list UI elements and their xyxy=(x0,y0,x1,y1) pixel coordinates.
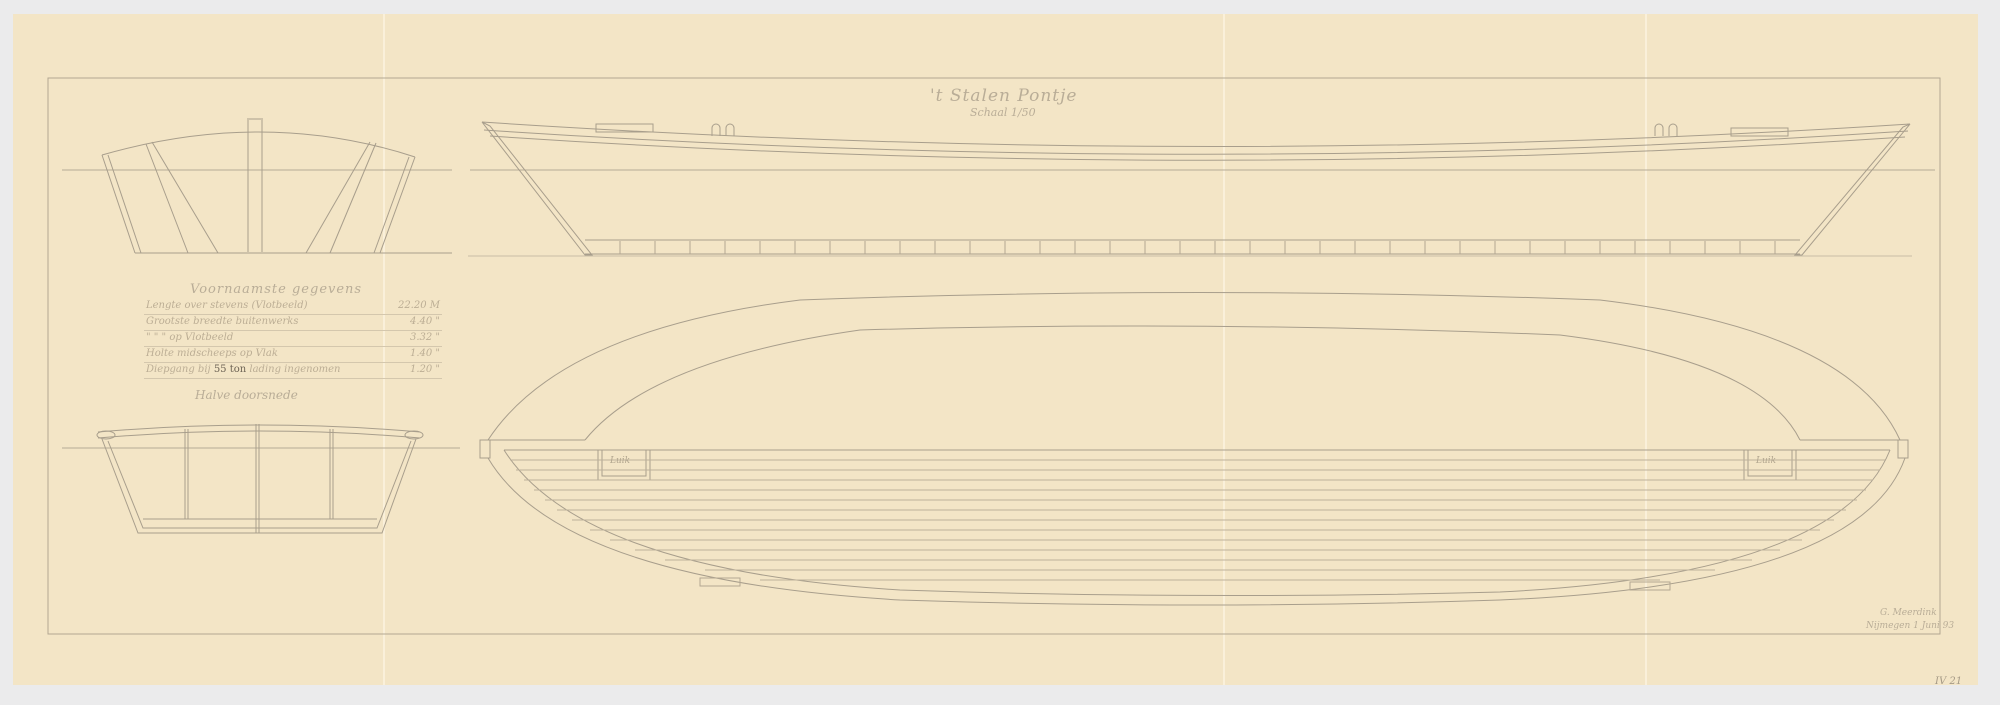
signature-name: G. Meerdink xyxy=(1880,608,1937,618)
spec-value: 4.40 " xyxy=(410,316,440,327)
spec-row: " " " op Vlotbeeld 3.32 " xyxy=(144,330,442,347)
spec-label: Holte midscheeps op Vlak xyxy=(146,348,278,359)
deck-planking xyxy=(510,460,1885,580)
tonnage-value: 55 ton xyxy=(214,364,246,375)
spec-value: 1.40 " xyxy=(410,348,440,359)
spec-label-text: lading ingenomen xyxy=(249,364,340,375)
drawing-scale: Schaal 1/50 xyxy=(970,106,1036,119)
plan-view xyxy=(480,293,1908,606)
spec-label-text: Diepgang bij xyxy=(146,364,211,375)
spec-label: Lengte over stevens (Vlotbeeld) xyxy=(146,300,308,311)
spec-label: Grootste breedte buitenwerks xyxy=(146,316,298,327)
signature-place-date: Nijmegen 1 Juni 93 xyxy=(1866,621,1954,631)
end-view xyxy=(62,119,452,253)
midship-section xyxy=(62,424,460,533)
specs-heading: Voornaamste gegevens xyxy=(190,282,362,297)
section-heading: Halve doorsnede xyxy=(195,388,298,402)
hatch-label: Luik xyxy=(1756,456,1776,466)
spec-label: Diepgang bij 55 ton lading ingenomen xyxy=(146,364,340,375)
profile-view xyxy=(468,122,1935,256)
spec-row: Lengte over stevens (Vlotbeeld) 22.20 M xyxy=(144,298,442,315)
hatch-label: Luik xyxy=(610,456,630,466)
spec-row: Diepgang bij 55 ton lading ingenomen 1.2… xyxy=(144,362,442,379)
spec-value: 22.20 M xyxy=(398,300,440,311)
archive-reference: IV 21 xyxy=(1935,676,1962,687)
drawing-title: 't Stalen Pontje xyxy=(930,86,1077,106)
spec-label: " " " op Vlotbeeld xyxy=(146,332,233,343)
spec-value: 3.32 " xyxy=(410,332,440,343)
frame-ticks xyxy=(620,241,1775,254)
spec-row: Holte midscheeps op Vlak 1.40 " xyxy=(144,346,442,363)
spec-value: 1.20 " xyxy=(410,364,440,375)
spec-row: Grootste breedte buitenwerks 4.40 " xyxy=(144,314,442,331)
